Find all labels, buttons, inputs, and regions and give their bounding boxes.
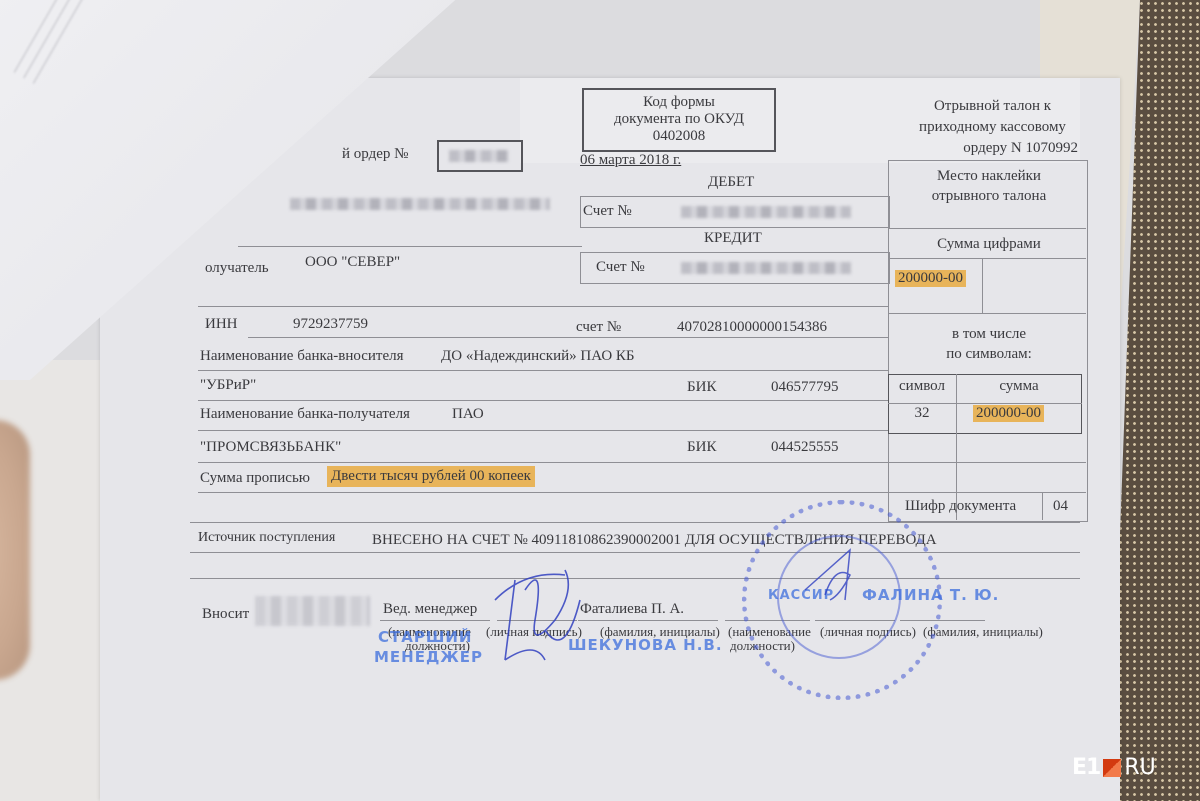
divider (1042, 492, 1043, 520)
credit-title: КРЕДИТ (704, 230, 762, 247)
divider (190, 552, 1080, 553)
redacted-depositor-signature (255, 596, 370, 626)
logo-square-icon (1103, 759, 1121, 777)
order-date: 06 марта 2018 г. (580, 152, 681, 169)
logo-domain: RU (1124, 755, 1155, 780)
inn-account-label: счет № (576, 319, 621, 336)
redacted-order-number (449, 150, 509, 162)
debit-account-label: Счет № (583, 203, 632, 220)
depositor-bank-label: Наименование банка-вносителя (200, 348, 404, 365)
inn-value: 9729237759 (293, 316, 368, 333)
divider (198, 306, 888, 307)
debit-account-box: Счет № (580, 196, 890, 228)
stamp-position-line2: МЕНЕДЖЕР (374, 648, 483, 666)
sum-header: сумма (956, 378, 1082, 395)
sum-digits-label: Сумма цифрами (890, 236, 1088, 253)
amount-words-label: Сумма прописью (200, 470, 310, 487)
divider (248, 337, 888, 338)
divider (190, 578, 1080, 579)
divider (888, 258, 1086, 259)
thumb-finger (0, 420, 30, 680)
divider (578, 620, 718, 621)
recipient-bank-label: Наименование банка-получателя (200, 406, 410, 423)
signer-name: Фаталиева П. А. (580, 601, 684, 618)
divider (888, 462, 1086, 463)
divider (888, 492, 1086, 493)
divider (380, 620, 490, 621)
recipient-bank-name1: ПАО (452, 406, 484, 423)
form-code-box: Код формы документа по ОКУД 0402008 (582, 88, 776, 152)
debit-title: ДЕБЕТ (708, 174, 754, 191)
cipher-value: 04 (1053, 498, 1068, 515)
cipher-label: Шифр документа (905, 498, 1016, 515)
redacted-depositor (290, 198, 550, 210)
recipient-bik-label: БИК (687, 439, 716, 456)
receipt-stub-title: Отрывной талон к приходному кассовому ор… (895, 96, 1090, 159)
credit-account-label: Счет № (596, 259, 645, 276)
stamp-position-line1: СТАРШИЙ (378, 628, 472, 646)
divider (198, 462, 888, 463)
symbol-header: символ (888, 378, 956, 395)
form-code-line1: Код формы (584, 94, 774, 111)
receipt-title-line1: Отрывной талон к (895, 96, 1090, 117)
receipt-title-line2: приходному кассовому (895, 117, 1090, 138)
recipient-name: ООО "СЕВЕР" (305, 254, 400, 271)
sum-row-0: 200000-00 (973, 405, 1044, 422)
inn-account-value: 40702810000000154386 (677, 319, 827, 336)
divider (190, 522, 1080, 523)
recipient-label: олучатель (205, 260, 269, 277)
symbol-row-0: 32 (888, 405, 956, 422)
divider (982, 258, 983, 313)
stamp-cashier-name: ФАЛИНА Т. Ю. (862, 586, 999, 604)
divider (198, 370, 888, 371)
redacted-credit-account (681, 262, 851, 274)
sticker-line1: Место наклейки (890, 166, 1088, 186)
divider (198, 492, 888, 493)
caption2-name: (фамилия, инициалы) (923, 624, 1043, 640)
recipient-bik-value: 044525555 (771, 439, 839, 456)
depositor-label: Вносит (202, 606, 249, 623)
signer-position: Вед. менеджер (383, 601, 477, 618)
order-number-label: й ордер № (342, 146, 408, 163)
e1-watermark-logo: E1 RU (1072, 755, 1156, 780)
including-label: в том числе по символам: (890, 324, 1088, 364)
form-code-line2: документа по ОКУД (584, 111, 774, 128)
signature-icon (800, 545, 870, 615)
form-code-value: 0402008 (584, 128, 774, 145)
including-line2: по символам: (890, 344, 1088, 364)
sticker-place-label: Место наклейки отрывного талона (890, 166, 1088, 206)
divider (198, 430, 888, 431)
signature-icon (485, 560, 595, 670)
divider (238, 246, 582, 247)
order-number-box (437, 140, 523, 172)
credit-account-box: Счет № (580, 252, 890, 284)
sum-digits-value: 200000-00 (895, 270, 966, 287)
logo-brand: E1 (1072, 755, 1100, 780)
recipient-bank-name2: "ПРОМСВЯЗЬБАНК" (200, 439, 341, 456)
redacted-debit-account (681, 206, 851, 218)
source-label: Источник поступления (198, 530, 335, 546)
depositor-bik-label: БИК (687, 379, 716, 396)
depositor-bik-value: 046577795 (771, 379, 839, 396)
depositor-bank-name1: ДО «Надеждинский» ПАО КБ (441, 348, 635, 365)
receipt-title-line3: ордеру N 1070992 (895, 138, 1090, 159)
amount-words-value: Двести тысяч рублей 00 копеек (327, 466, 535, 487)
depositor-bank-name2: "УБРиР" (200, 377, 256, 394)
divider (198, 400, 888, 401)
divider (888, 403, 1082, 404)
divider (888, 228, 1086, 229)
inn-label: ИНН (205, 316, 238, 333)
divider (888, 313, 1086, 314)
sticker-line2: отрывного талона (890, 186, 1088, 206)
including-line1: в том числе (890, 324, 1088, 344)
